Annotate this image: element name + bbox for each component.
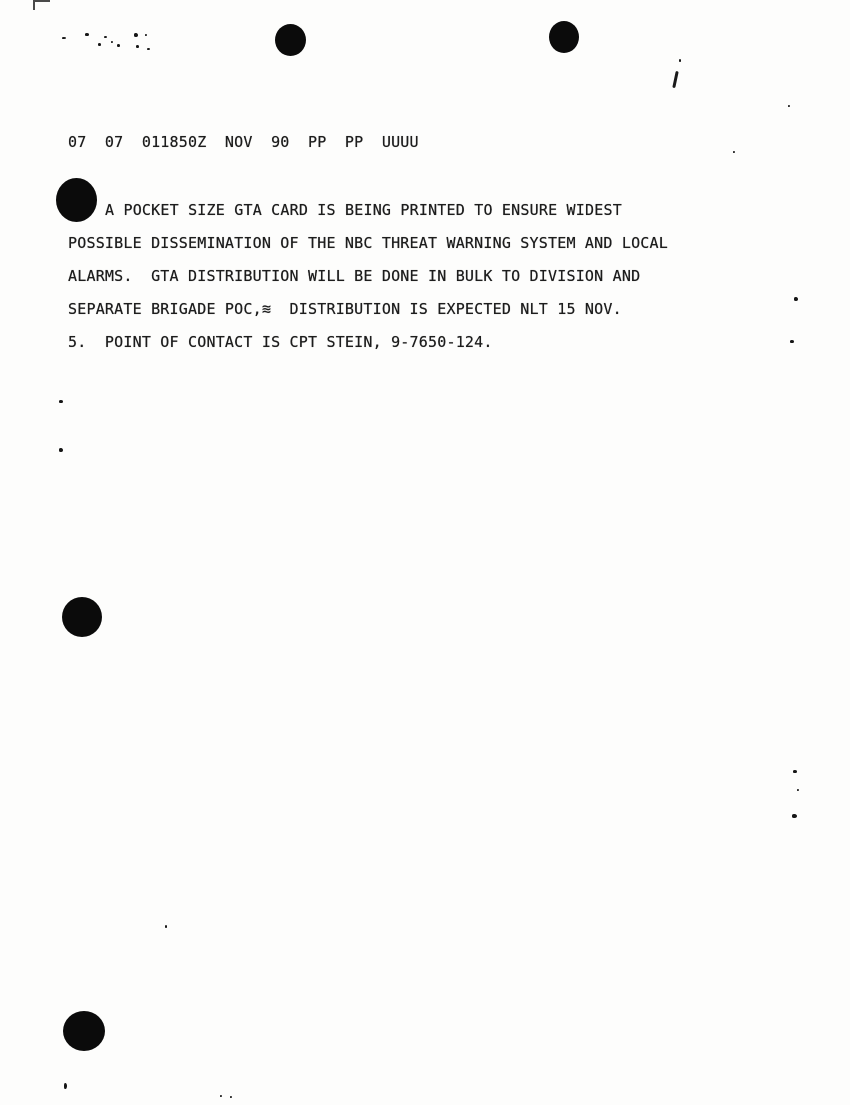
scan-speck xyxy=(792,814,797,818)
scan-speck xyxy=(794,297,798,301)
scan-speck xyxy=(59,448,63,452)
scan-speck xyxy=(220,1095,222,1097)
message-body-line: A POCKET SIZE GTA CARD IS BEING PRINTED … xyxy=(68,201,622,219)
scan-speck xyxy=(147,48,150,50)
scan-speck xyxy=(790,340,794,343)
scan-speck xyxy=(117,44,120,47)
corner-registration-mark xyxy=(33,0,50,10)
scan-speck xyxy=(98,43,101,46)
message-body-line: SEPARATE BRIGADE POC,≋ DISTRIBUTION IS E… xyxy=(68,300,622,318)
scan-speck xyxy=(788,105,790,107)
scan-speck xyxy=(64,1083,67,1089)
scan-speck xyxy=(230,1096,232,1098)
scanned-document-page: 07 07 011850Z NOV 90 PP PP UUUU A POCKET… xyxy=(0,0,850,1105)
scan-speck xyxy=(733,151,735,153)
scan-speck xyxy=(136,45,139,48)
message-header-line: 07 07 011850Z NOV 90 PP PP UUUU xyxy=(68,133,419,151)
pen-slash-mark xyxy=(672,71,678,88)
scan-speck xyxy=(62,37,66,39)
message-body-line: POSSIBLE DISSEMINATION OF THE NBC THREAT… xyxy=(68,234,668,252)
scan-speck xyxy=(165,925,167,928)
scan-speck xyxy=(59,400,63,403)
redaction-dot xyxy=(63,1011,105,1051)
hole-punch-dot xyxy=(549,21,579,53)
hole-punch-dot xyxy=(275,24,306,56)
scan-speck xyxy=(134,33,138,37)
redaction-dot xyxy=(62,597,102,637)
scan-speck xyxy=(797,789,799,791)
message-body-line: ALARMS. GTA DISTRIBUTION WILL BE DONE IN… xyxy=(68,267,640,285)
scan-speck xyxy=(145,34,147,36)
scan-speck xyxy=(104,36,107,38)
message-body-line: 5. POINT OF CONTACT IS CPT STEIN, 9-7650… xyxy=(68,333,493,351)
scan-speck xyxy=(111,41,113,43)
scan-speck xyxy=(679,59,681,62)
scan-speck xyxy=(793,770,797,773)
scan-speck xyxy=(85,33,89,36)
